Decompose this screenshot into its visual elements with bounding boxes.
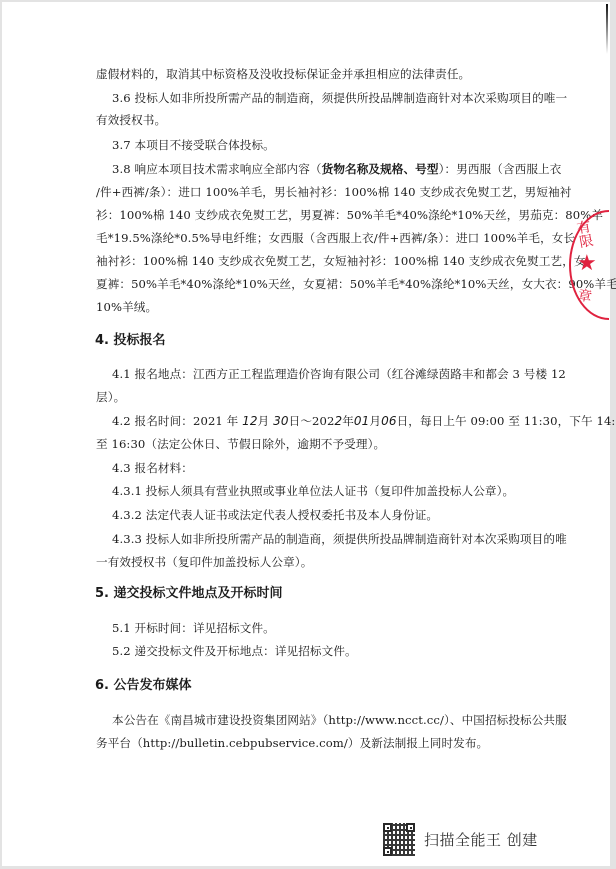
seal-star-icon: ★ (577, 255, 597, 273)
clause-3-8-line: /件+西裤/条）：进口 100%羊毛，男长袖衬衫：100%棉 140 支纱成衣免… (96, 185, 571, 199)
clause-4-2-text: 日～202 (289, 414, 335, 428)
qr-finder (383, 847, 392, 856)
clause-5-1: 5.1 开标时间：详见招标文件。 (112, 621, 275, 635)
clause-3-8-bold: 货物名称及规格、号型 (322, 162, 439, 176)
scanner-watermark: 扫描全能王 创建 (383, 823, 538, 856)
handwritten-month: 12 (242, 414, 257, 428)
clause-4-2-text: 月 (258, 414, 273, 428)
clause-6-paragraph-cont: 务平台（http://bulletin.cebpubservice.com/）及… (96, 736, 488, 750)
clause-4-2-text: 4.2 报名时间：2021 年 (112, 414, 242, 428)
clause-3-8-line: 夏裤：50%羊毛*40%涤纶*10%天丝，女夏裙：50%羊毛*40%涤纶*10%… (96, 277, 616, 291)
clause-4-3-1: 4.3.1 投标人须具有营业执照或事业单位法人证书（复印件加盖投标人公章）。 (112, 484, 514, 498)
paragraph-line: 虚假材料的，取消其中标资格及没收投标保证金并承担相应的法律责任。 (96, 67, 470, 81)
clause-4-1-cont: 层）。 (96, 390, 125, 404)
clause-6-paragraph: 本公告在《南昌城市建设投资集团网站》（http://www.ncct.cc/）、… (112, 713, 567, 727)
seal-text-bottom: 章 (574, 287, 594, 304)
clause-4-3-3: 4.3.3 投标人如非所投所需产品的制造商，须提供所投品牌制造商针对本次采购项目… (112, 532, 567, 546)
handwritten-month: 01 (354, 414, 369, 428)
handwritten-day: 30 (273, 414, 288, 428)
clause-3-6: 3.6 投标人如非所投所需产品的制造商，须提供所投品牌制造商针对本次采购项目的唯… (112, 91, 567, 105)
clause-4-2-text: 月 (369, 414, 381, 428)
section-heading-6: 6. 公告发布媒体 (95, 678, 192, 694)
red-official-seal: 有限 ★ 章 (569, 210, 609, 320)
scan-edge-shadow (606, 4, 608, 54)
handwritten-day: 06 (381, 414, 396, 428)
clause-3-8-text-post: ）：男西服（含西服上衣 (439, 162, 562, 176)
clause-4-2: 4.2 报名时间：2021 年 12月 30日～2022年01月06日，每日上午… (112, 414, 616, 428)
document-page: 虚假材料的，取消其中标资格及没收投标保证金并承担相应的法律责任。 3.6 投标人… (2, 2, 610, 866)
section-heading-4: 4. 投标报名 (95, 333, 166, 349)
clause-3-7: 3.7 本项目不接受联合体投标。 (112, 138, 275, 152)
clause-4-2-cont: 至 16:30（法定公休日、节假日除外，逾期不予受理）。 (96, 437, 385, 451)
clause-4-2-text: 日，每日上午 09:00 至 11:30，下午 14:00 (397, 414, 616, 428)
clause-3-6-cont: 有效授权书。 (96, 113, 166, 127)
clause-3-8-line: 毛*19.5%涤纶*0.5%导电纤维；女西服（含西服上衣/件+西裤/条）：进口 … (96, 231, 575, 245)
clause-3-8: 3.8 响应本项目技术需求响应全部内容（货物名称及规格、号型）：男西服（含西服上… (112, 162, 561, 176)
section-heading-5: 5. 递交投标文件地点及开标时间 (95, 586, 283, 602)
clause-4-3-3-cont: 一有效授权书（复印件加盖投标人公章）。 (96, 555, 312, 569)
clause-4-1: 4.1 报名地点：江西方正工程监理造价咨询有限公司（红谷滩绿茵路丰和都会 3 号… (112, 367, 566, 381)
qr-code-icon (383, 823, 415, 856)
clause-3-8-text: 3.8 响应本项目技术需求响应全部内容（ (112, 162, 322, 176)
clause-3-8-line: 袖衬衫：100%棉 140 支纱成衣免熨工艺，女短袖衬衫：100%棉 140 支… (96, 254, 586, 268)
clause-4-3-2: 4.3.2 法定代表人证书或法定代表人授权委托书及本人身份证。 (112, 508, 438, 522)
clause-5-2: 5.2 递交投标文件及开标地点：详见招标文件。 (112, 644, 357, 658)
watermark-text: 扫描全能王 创建 (424, 829, 538, 850)
clause-3-8-line: 衫：100%棉 140 支纱成衣免熨工艺，男夏裤：50%羊毛*40%涤纶*10%… (96, 208, 603, 222)
clause-4-2-text: 年 (342, 414, 354, 428)
qr-finder (406, 823, 415, 832)
clause-3-8-line: 10%羊绒。 (96, 300, 157, 314)
qr-finder (383, 823, 392, 832)
clause-4-3: 4.3 报名材料： (112, 461, 193, 475)
